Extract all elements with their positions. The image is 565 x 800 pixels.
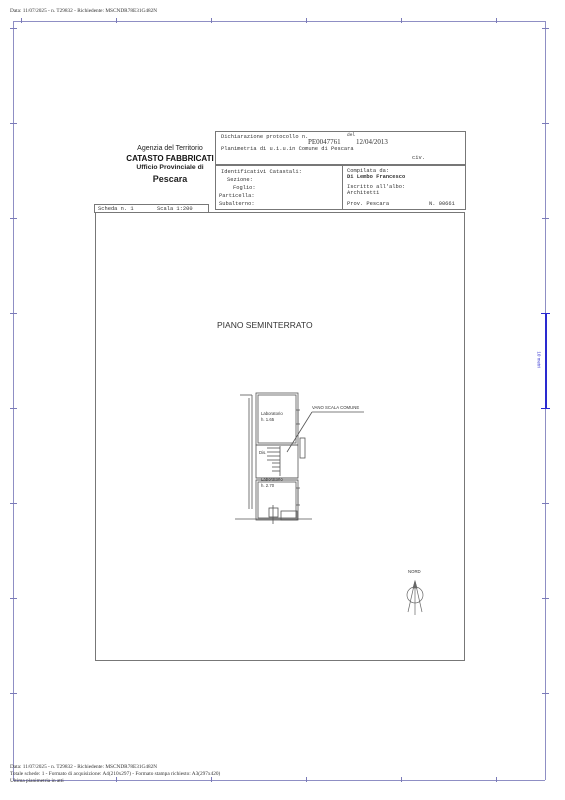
floor-plan [0, 0, 565, 800]
footer-line-1: Data: 11/07/2025 - n. T29832 - Richieden… [10, 764, 157, 770]
room1-height: h. 1.65 [261, 417, 274, 422]
north-arrow-icon [407, 581, 423, 615]
room1-name: Laboratorio [261, 411, 283, 416]
footer-line-2: Totale schede: 1 - Formato di acquisizio… [10, 771, 220, 777]
dis-label: Dis. [259, 450, 266, 455]
stair-label: VANO SCALA COMUNE [312, 405, 359, 410]
footer-line-3: Ultima planimetria in atti [10, 778, 64, 784]
room2-height: h. 2.70 [261, 483, 274, 488]
north-label: NORD [408, 569, 421, 574]
room2-name: Laboratorio [261, 477, 283, 482]
